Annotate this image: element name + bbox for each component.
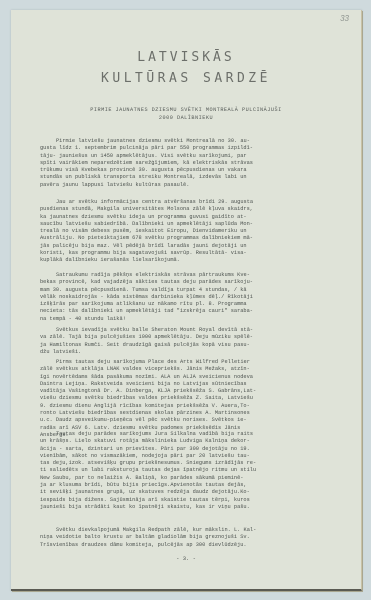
text-line: jaunieši bija strādāti kaut ko īpatnēji … [40,504,341,511]
text-line: izšķīrās par sarīkojuma atlikšanu uz nāk… [40,301,341,308]
text-line: saucību latviešu sabiedrībā. Dalībnieki … [40,221,341,228]
text-line: it sevišķi jaunatnes grupā, uz skatuves … [40,489,341,496]
text-line: Trīsvienības draudzes dāmu komiteja, pul… [40,542,341,549]
subtitle-line-2: 2000 DALĪBNIEKU [11,115,361,123]
text-line: bekas provincē, kad vajadzēja sākties ta… [40,279,341,286]
text-line: Svētku dievkalpojumā Makgila Redpath zāl… [40,527,341,534]
text-line: īgi novērtēdams šāda pasākuma nozīmi. AL… [40,374,341,381]
text-line: trūkumu visā Kvebekas provincē 30. augus… [40,167,341,174]
paragraph-7: Svētku dievkalpojumā Makgila Redpath zāl… [40,527,341,549]
text-line: Satraukumu radīja pēkšņs elektriskās str… [40,272,341,279]
text-line: vēlāk noskaidrojās - kāda sistēmas darbi… [40,294,341,301]
text-line: va zālē. Tajā bija pulcējušies 1000 apme… [40,334,341,341]
title-line-2: KULTŪRAS SARDZĒ [11,71,361,86]
text-line: ja Hamiltonas Rumči. Šeit draudzīgā gais… [40,342,341,349]
text-line: džu latvieši. [40,349,341,356]
text-line: pusdienas stundā, Makgila universitātes … [40,206,341,213]
text-line: vienībām, sākot no vismazākiem, nodejoja… [40,453,341,460]
text-line: na tempā - 40 stundu laikā! [40,316,341,323]
text-line: spīti vairākiem neparedzētiem sarežģījum… [40,160,341,167]
text-line: necieta: tās dalībnieki un apmeklētāji t… [40,308,341,315]
text-line: un krāšņs. Lielo skatuvi rotāja mākslini… [40,438,341,445]
title-line-1: LATVISKĀS [11,50,361,65]
text-line: 9. dziesmu dienu Anglijā rīcības komitej… [40,403,341,410]
text-line: tāju- jauniešus un 1450 apmeklētājus. Vi… [40,153,341,160]
text-line: Daintra Lejiņa. Rakstveida sveicieni bij… [40,381,341,388]
text-line: iespaids bija dižens. Sajūsmināja arī sk… [40,497,341,504]
text-line: gusta līdz 1. septembrim pulcināja pāri … [40,145,341,152]
paragraph-1: Pirmie latviešu jaunatnes dziesmu svētki… [40,138,341,189]
paragraph-3: Satraukumu radīja pēkšņs elektriskās str… [40,272,341,323]
text-line: ācija - sarta, dzintari un prievītes. Pā… [40,446,341,453]
text-line: New Šaubu, par to nelaižis A. Baliņā, ko… [40,475,341,482]
text-line: Pirmie latviešu jaunatnes dziesmu svētki… [40,138,341,145]
text-line: viešu dziesmu svētku biedrības valdes pr… [40,395,341,402]
text-line: tas deju,izok. atsevišķu grupu priekšnes… [40,460,341,467]
text-line: pavēra jaunu lappusi latviešu kultūras p… [40,182,341,189]
text-line: zālē svētkus atklāja LNAK valdes vicepri… [40,366,341,373]
text-line: ti saliedēts un labi raksturoja tautas d… [40,467,341,474]
text-line: Jau ar svētku informācijas centra atvērš… [40,199,341,206]
text-line: Austrāliju. No pieteiktajiem 678 svētku … [40,235,341,242]
text-line: kuplākā dalībnieku ierašanās lielsarīkoj… [40,257,341,264]
text-line: ka jaunatnes dziesmu svētku ideja un pro… [40,214,341,221]
text-line: Tautas deju parādes sarīkojums Jura Silk… [40,431,341,438]
paragraph-5: Pirms tautas deju sarīkojuma Place des A… [40,359,341,439]
text-line: trealā no visām debess pusēm, ieskaitot … [40,228,341,235]
text-line: niņa veidotie balto krustu ar baltām gla… [40,534,341,541]
text-line: jās palicēju bija maz. Vēl pēdējā brīdī … [40,243,341,250]
text-line: u.c. Daudz apsveikumu-pieņēca vēl pēc sv… [40,417,341,424]
text-line: mam 30. augusta pēcpusdienā. Tumsa valdī… [40,287,341,294]
handwritten-page-number: 33 [340,14,349,23]
document-page: 33 LATVISKĀS KULTŪRAS SARDZĒ PIRMIE JAUN… [11,10,362,591]
text-line: vadītāja Vašingtonā Dr. A. Dinberga, KLJ… [40,388,341,395]
text-line: Pirms tautas deju sarīkojuma Place des A… [40,359,341,366]
text-line: ja ar klusuma brīdi, būtu bijis priecīgs… [40,482,341,489]
text-line: koristi, kas programmu bija sagatavojuši… [40,250,341,257]
text-line: ronto Latviešu biedrības sestdienas skol… [40,410,341,417]
paragraph-4: Svētkus ievadīja svētku balle Sheraton M… [40,327,341,356]
paragraph-6: Tautas deju parādes sarīkojums Jura Silk… [40,431,341,511]
subtitle-line-1: PIRMIE JAUNATNES DZIESMU SVĒTKI MONTREAL… [11,107,361,115]
text-line: Svētkus ievadīja svētku balle Sheraton M… [40,327,341,334]
text-line: stundās un publiskā transporta streiku M… [40,174,341,181]
page-folio: - 3. - [11,555,361,562]
paragraph-2: Jau ar svētku informācijas centra atvērš… [40,199,341,265]
